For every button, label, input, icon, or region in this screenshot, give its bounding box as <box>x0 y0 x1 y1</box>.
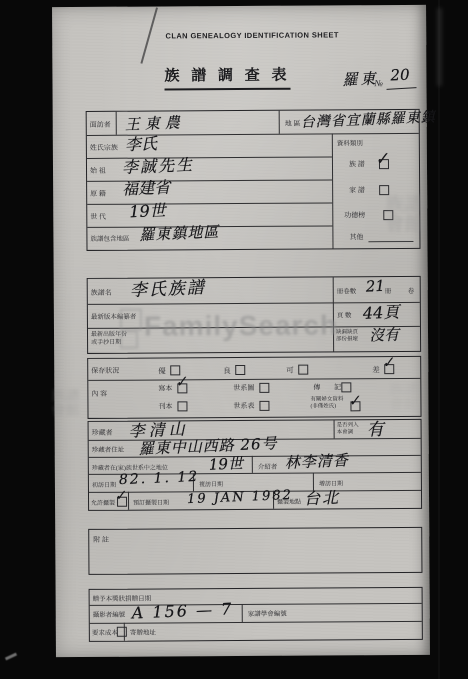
number-symbol: № <box>374 78 383 88</box>
condition-label: 保存狀況 <box>91 366 119 376</box>
volume-count-value: 21 <box>365 277 385 296</box>
scanned-document-canvas: CLAN GENEALOGY IDENTIFICATION SHEET 族 譜 … <box>0 0 468 679</box>
missing-pages-label: 缺漏缺頁 部份損壞 <box>336 329 358 343</box>
doc-number-underline <box>387 87 417 90</box>
award-date-label: 贈予本獎狀捐贈日期 <box>93 594 152 603</box>
category-other-label: 其他 <box>349 232 363 242</box>
coverage-value: 羅東鎮地區 <box>139 221 220 245</box>
origin-value: 福建省 <box>122 175 171 200</box>
origin-label: 原 籍 <box>90 189 106 199</box>
familysearch-watermark: FamilySearch <box>144 309 338 342</box>
content-women-label-line2: (非僅姓氏) <box>310 403 343 410</box>
genealogy-name-label: 族譜名 <box>91 288 112 298</box>
holder-label: 珍藏者 <box>92 428 113 438</box>
holder-address-label: 珍藏者住址 <box>92 445 125 454</box>
doc-place-handwriting: 羅東 <box>342 68 379 90</box>
content-women-label-line1: 有關婦女資料 <box>310 396 343 403</box>
watermark-seal-right: 族譜會館 <box>383 195 425 273</box>
content-print-label: 刊本 <box>158 401 172 411</box>
content-label: 內 容 <box>91 389 107 399</box>
watermark-square-1 <box>120 309 142 331</box>
generation-value: 19世 <box>129 198 166 222</box>
coverage-label: 族譜包含地區 <box>90 234 129 243</box>
ancestor-label: 始 祖 <box>90 166 106 176</box>
scan-mark-bottom-left <box>5 653 17 661</box>
english-header: CLAN GENEALOGY IDENTIFICATION SHEET <box>82 30 422 41</box>
clan-label: 姓氏宗族 <box>90 143 118 153</box>
volume-unit-book-label: 冊 <box>385 286 392 295</box>
checkbox-good <box>235 365 245 375</box>
film-place-value: 台北 <box>304 485 341 509</box>
introducer-value: 林李清香 <box>284 449 349 473</box>
listed-label-line1: 是否列入 <box>337 422 359 429</box>
notes-table: 附 註 <box>88 527 422 575</box>
checkbox-print <box>177 401 187 411</box>
checkmark-manuscript: ✓ <box>174 374 188 392</box>
watermark-seal-lower-right: 族譜會館 <box>384 383 422 427</box>
notes-label: 附 註 <box>93 535 109 545</box>
watermark-square-2 <box>120 331 138 349</box>
listed-label: 是否列入 本會調 <box>337 422 359 436</box>
condition-good-label: 良 <box>223 365 231 376</box>
category-clan-genealogy-label: 族 譜 <box>349 159 365 169</box>
cost-request-label: 要求成本 <box>92 628 118 637</box>
generation-label: 世 代 <box>90 212 106 222</box>
clan-value: 李氏 <box>124 131 157 155</box>
region-value: 台灣省宜蘭縣羅東鎮 <box>300 106 436 132</box>
photographer-number-value: A 156 — 7 <box>131 599 233 622</box>
collector-table: 珍藏者 李清山 是否列入 本會調 有 珍藏者住址 羅東中山西路 26号 珍藏者在… <box>88 419 423 511</box>
scan-streak-right-full <box>438 0 440 679</box>
missing-pages-label-line2: 部份損壞 <box>336 336 358 343</box>
film-date-label: 預訂攝製日期 <box>133 497 169 506</box>
content-women-label: 有關婦女資料 (非僅姓氏) <box>310 396 343 410</box>
mailing-address-label: 寄贈地址 <box>130 628 156 637</box>
checkbox-lineage-table <box>259 401 269 411</box>
checkbox-fair <box>298 365 308 375</box>
content-lineage-table-label: 世系表 <box>233 401 254 411</box>
introducer-label: 介紹者 <box>258 462 278 471</box>
listed-value: 有 <box>366 415 384 441</box>
volume-unit-volume-label: 卷 <box>408 286 415 295</box>
checkmark-filming-permission: ✓ <box>114 488 127 504</box>
form-page: CLAN GENEALOGY IDENTIFICATION SHEET 族 譜 … <box>52 5 430 657</box>
photographer-number-label: 攝影者編號 <box>93 610 126 619</box>
condition-poor-label: 差 <box>372 364 380 375</box>
pages-value: 44頁 <box>362 299 399 323</box>
volume-count-label: 冊卷數 <box>337 286 357 295</box>
interviewer-label: 面訪者 <box>90 120 111 130</box>
pages-label: 頁 數 <box>337 310 352 319</box>
condition-excellent-label: 優 <box>158 365 166 376</box>
content-manuscript-label: 寫本 <box>158 383 172 393</box>
content-lineage-chart-label: 世系圖 <box>233 383 254 393</box>
first-visit-label: 初訪日期 <box>92 480 116 489</box>
footer-table: 贈予本獎狀捐贈日期 攝影者編號 A 156 — 7 家譜學會編號 要求成本 寄贈… <box>89 587 423 642</box>
checkmark-poor: ✓ <box>381 354 395 372</box>
listed-label-line2: 本會調 <box>337 429 359 436</box>
checkbox-biography <box>341 382 351 392</box>
revisit-label: 複訪日期 <box>199 479 223 488</box>
condition-fair-label: 可 <box>286 365 294 376</box>
watermark-seal-left: 族譜會館 <box>48 389 82 437</box>
genealogy-name-value: 李氏族譜 <box>129 273 206 301</box>
checkbox-lineage-chart <box>259 383 269 393</box>
missing-pages-value: 沒有 <box>369 324 400 346</box>
region-label: 地 區 <box>285 119 301 129</box>
film-place-label: 攝製地點 <box>277 497 301 506</box>
society-number-label: 家譜學會編號 <box>248 609 287 618</box>
category-label: 資料類別 <box>337 138 363 147</box>
first-visit-value: 82. 1. 12 <box>119 469 200 488</box>
checkmark-clan-genealogy: ✓ <box>374 148 390 169</box>
checkmark-women: ✓ <box>347 393 361 411</box>
condition-table: 保存狀況 優 良 可 差 ✓ 內 容 寫本 ✓ 世系圖 傳 記 刊本 世系表 有… <box>87 356 421 419</box>
form-title: 族 譜 調 查 表 <box>164 64 290 91</box>
category-family-genealogy-label: 家 譜 <box>349 185 365 195</box>
doc-number-handwriting: 20 <box>390 66 410 85</box>
basic-info-table: 面訪者 王東農 地 區 台灣省宜蘭縣羅東鎮 姓氏宗族 李氏 始 祖 李誠先生 原… <box>86 109 421 251</box>
category-merit-board-label: 功德榜 <box>344 210 365 220</box>
filming-permission-label: 允許攝製 <box>91 498 115 507</box>
holder-position-value: 19世 <box>208 452 243 474</box>
checkbox-cost-request <box>117 627 127 637</box>
